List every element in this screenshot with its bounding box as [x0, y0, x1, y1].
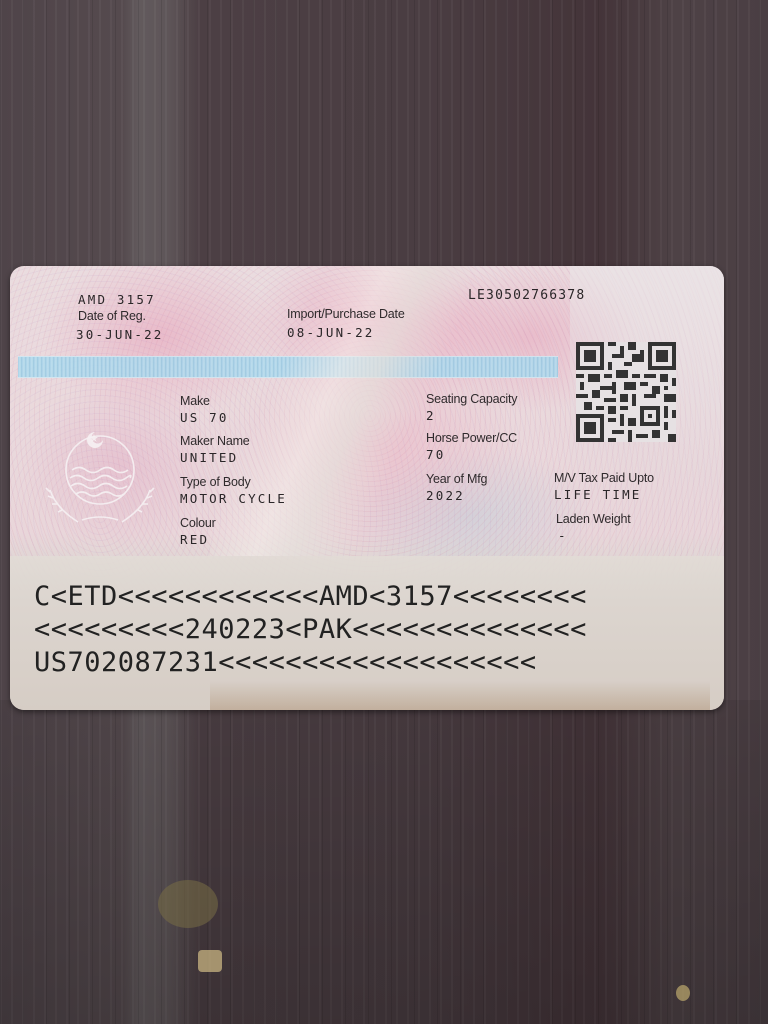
date-of-reg-value: 30-JUN-22: [76, 327, 164, 342]
year-of-mfg-label: Year of Mfg: [426, 472, 487, 486]
maker-name-value: UNITED: [180, 450, 238, 465]
horse-power-cc-value: 70: [426, 447, 445, 462]
type-of-body-label: Type of Body: [180, 475, 251, 489]
colour-value: RED: [180, 532, 209, 547]
date-of-reg-label: Date of Reg.: [78, 309, 146, 323]
laden-weight-value: -: [558, 528, 568, 543]
import-purchase-date-value: 08-JUN-22: [287, 325, 375, 340]
mrz-line-3: US702087231<<<<<<<<<<<<<<<<<<<: [34, 648, 537, 678]
floor-stain: [158, 880, 218, 928]
mrz-line-2: <<<<<<<<<240223<PAK<<<<<<<<<<<<<<: [34, 615, 587, 645]
punjab-emblem-icon: [36, 420, 164, 532]
tax-paid-upto-value: LIFE TIME: [554, 487, 642, 502]
background-wood-surface: [0, 700, 768, 1024]
type-of-body-value: MOTOR CYCLE: [180, 491, 287, 506]
horse-power-cc-label: Horse Power/CC: [426, 431, 517, 445]
mrz-line-1: C<ETD<<<<<<<<<<<<AMD<3157<<<<<<<<: [34, 582, 587, 612]
dirt-stain: [210, 681, 710, 710]
maker-name-label: Maker Name: [180, 434, 250, 448]
tax-paid-upto-label: M/V Tax Paid Upto: [554, 471, 654, 485]
make-value: US 70: [180, 410, 229, 425]
floor-stain: [198, 950, 222, 972]
serial-number: LE30502766378: [468, 288, 585, 303]
import-purchase-date-label: Import/Purchase Date: [287, 307, 405, 321]
colour-label: Colour: [180, 516, 216, 530]
laden-weight-label: Laden Weight: [556, 512, 631, 526]
floor-stain: [676, 985, 690, 1001]
seating-capacity-label: Seating Capacity: [426, 392, 517, 406]
year-of-mfg-value: 2022: [426, 488, 465, 503]
seating-capacity-value: 2: [426, 408, 436, 423]
qr-code-icon: [574, 342, 678, 442]
registration-card: AMD 3157 Date of Reg. 30-JUN-22 Import/P…: [10, 266, 724, 710]
make-label: Make: [180, 394, 210, 408]
registration-number: AMD 3157: [78, 292, 156, 307]
